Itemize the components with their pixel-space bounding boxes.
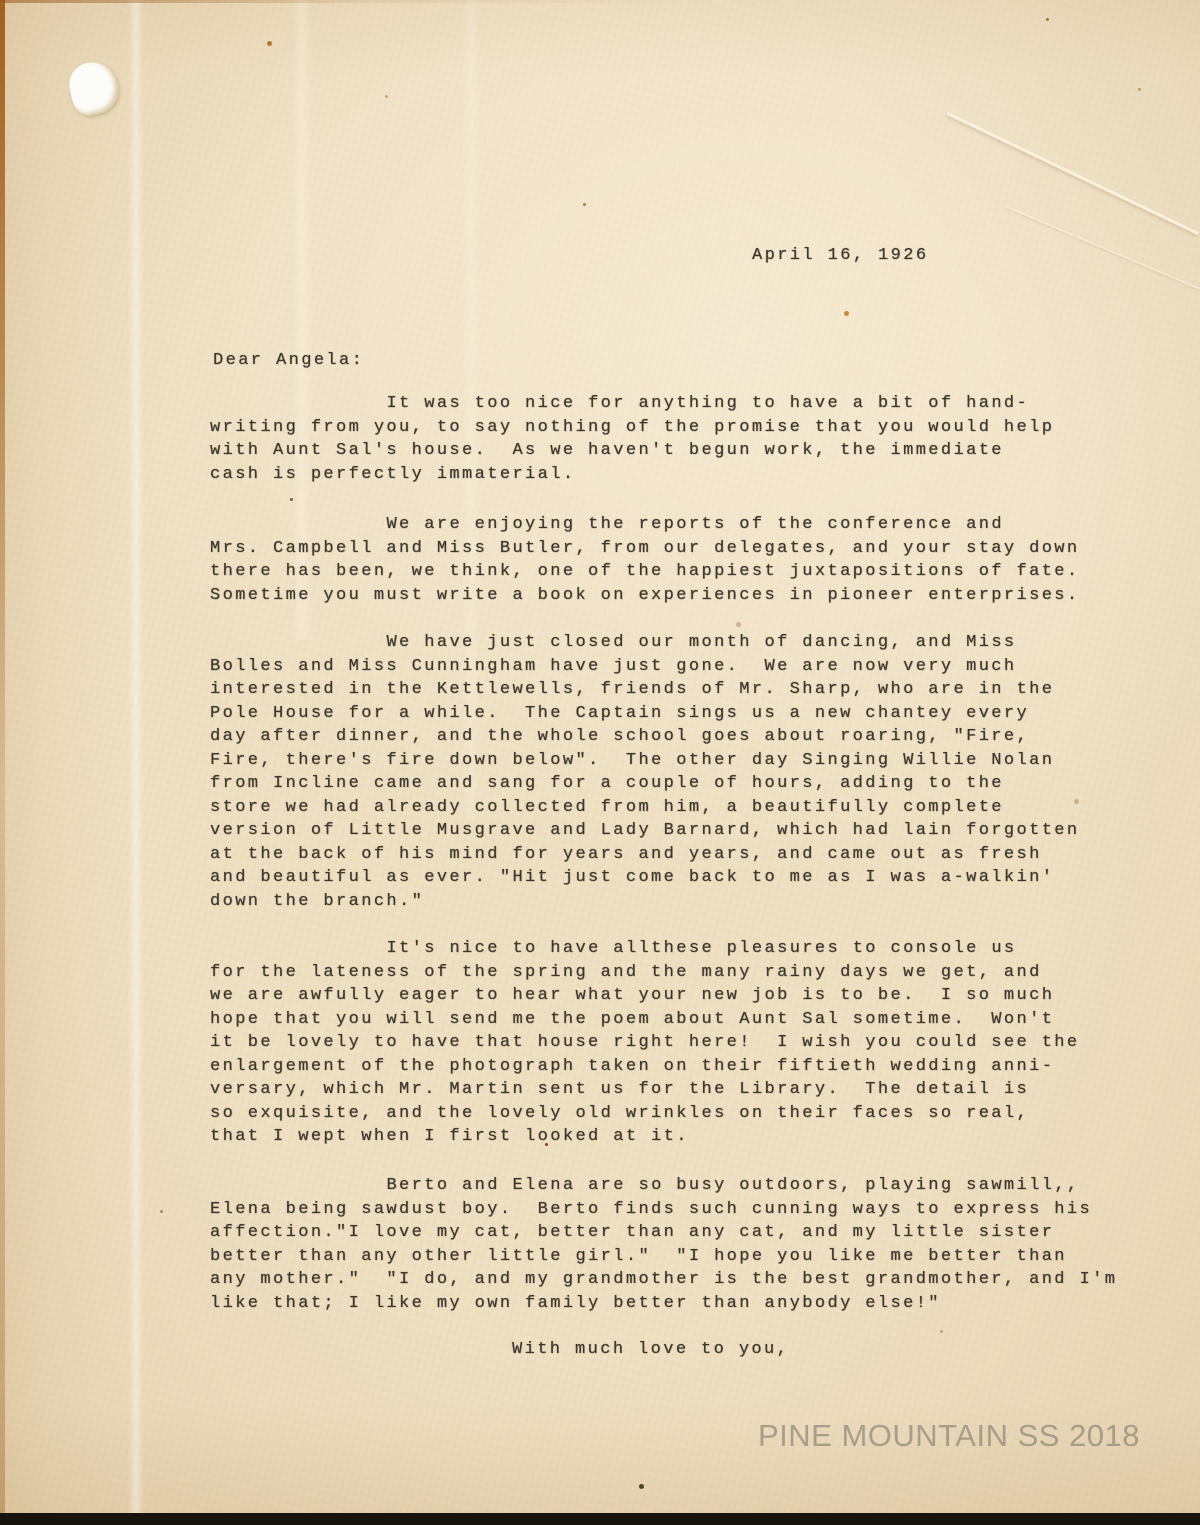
letter-paragraph-4: It's nice to have allthese pleasures to … — [210, 937, 1080, 1149]
archive-watermark: PINE MOUNTAIN SS 2018 — [758, 1418, 1140, 1454]
letter-paragraph-5: Berto and Elena are so busy outdoors, pl… — [210, 1174, 1117, 1315]
torn-paper-spot — [64, 57, 123, 119]
letter-date: April 16, 1926 — [752, 244, 928, 268]
scan-left-edge-shadow — [0, 0, 5, 1513]
letter-paragraph-1: It was too nice for anything to have a b… — [210, 392, 1054, 486]
letter-paragraph-2: We are enjoying the reports of the confe… — [210, 513, 1080, 607]
letter-closing: With much love to you, — [512, 1338, 789, 1362]
scanned-letter-page: April 16, 1926 Dear Angela: It was too n… — [0, 0, 1200, 1525]
paper-crease-vertical-1 — [128, 0, 144, 1525]
letter-paragraph-3: We have just closed our month of dancing… — [210, 631, 1080, 913]
letter-salutation: Dear Angela: — [213, 349, 364, 373]
scan-top-edge-shadow — [0, 0, 1200, 3]
fold-crease-top-right — [947, 112, 1199, 235]
scan-bottom-black-bar — [0, 1513, 1200, 1525]
